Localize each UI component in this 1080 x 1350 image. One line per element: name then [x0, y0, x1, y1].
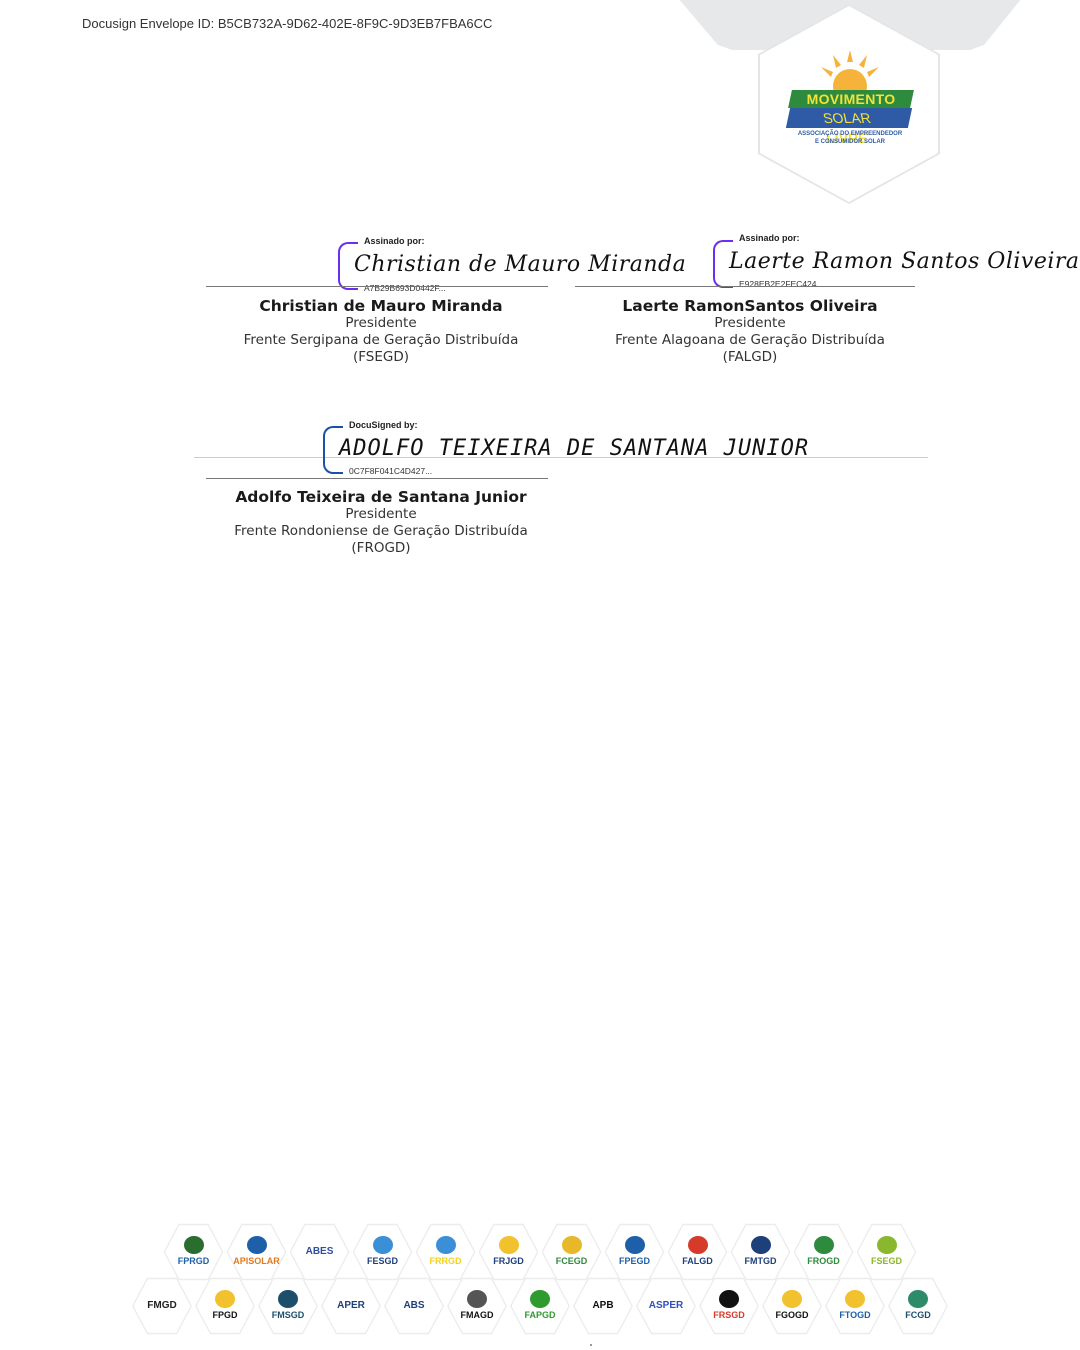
logo-subtitle: ASSOCIAÇÃO DO EMPREENDEDOR E CONSUMIDOR …: [786, 130, 914, 146]
docusign-envelope-id: Docusign Envelope ID: B5CB732A-9D62-402E…: [82, 16, 492, 31]
signatory-role: Presidente: [206, 315, 556, 332]
partner-label: FSEGD: [857, 1256, 917, 1266]
signature-hash: A7B29B693D0442F...: [364, 283, 446, 293]
partner-label: FCEGD: [542, 1256, 602, 1266]
partner-label: FMTGD: [731, 1256, 791, 1266]
partner-emblem-icon: [215, 1290, 235, 1308]
partner-logos-row-2: FMGDFPGDFMSGDAPERABSFMAGDFAPGDAPBASPERFR…: [0, 1276, 1080, 1336]
signatory-name: Christian de Mauro Miranda: [206, 297, 556, 315]
signature-line-2: [575, 286, 915, 287]
partner-emblem-icon: [814, 1236, 834, 1254]
partner-emblem-icon: [499, 1236, 519, 1254]
docusign-stamp-3: DocuSigned by: ADOLFO TEIXEIRA DE SANTAN…: [323, 418, 723, 478]
signatory-block-1: Christian de Mauro Miranda Presidente Fr…: [206, 297, 556, 366]
docusign-stamp-1: Assinado por: Christian de Mauro Miranda…: [338, 234, 618, 294]
partner-logo-fpegd: FPEGD: [605, 1222, 665, 1282]
partner-emblem-icon: [467, 1290, 487, 1308]
partner-label: APISOLAR: [227, 1256, 287, 1266]
signatory-organization: Frente Sergipana de Geração Distribuída: [206, 332, 556, 349]
partner-label: FGOGD: [762, 1310, 822, 1320]
partner-label: FROGD: [794, 1256, 854, 1266]
stamp-label: DocuSigned by:: [349, 420, 418, 430]
signatory-organization: Frente Alagoana de Geração Distribuída: [575, 332, 925, 349]
sun-icon: [819, 50, 881, 90]
partner-emblem-icon: [845, 1290, 865, 1308]
partner-emblem-icon: [436, 1236, 456, 1254]
movimento-solar-livre-logo: MOVIMENTO SOLARLIVRE ASSOCIAÇÃO DO EMPRE…: [786, 50, 914, 150]
partner-logo-fmagd: FMAGD: [447, 1276, 507, 1336]
partner-logo-fmgd: FMGD: [132, 1276, 192, 1336]
partner-label: FPGD: [195, 1310, 255, 1320]
logo-band-movimento: MOVIMENTO: [788, 90, 914, 108]
partner-emblem-icon: [877, 1236, 897, 1254]
partner-label: FMAGD: [447, 1310, 507, 1320]
partner-logo-frsgd: FRSGD: [699, 1276, 759, 1336]
partner-emblem-icon: [278, 1290, 298, 1308]
signature-hash: 0C7F8F041C4D427...: [349, 466, 432, 476]
partner-emblem-icon: [247, 1236, 267, 1254]
signatory-block-3: Adolfo Teixeira de Santana Junior Presid…: [206, 488, 556, 557]
signatory-name: Adolfo Teixeira de Santana Junior: [206, 488, 556, 506]
partner-emblem-icon: [719, 1290, 739, 1308]
partner-logo-ftogd: FTOGD: [825, 1276, 885, 1336]
partner-emblem-icon: [908, 1290, 928, 1308]
partner-label: FALGD: [668, 1256, 728, 1266]
partner-emblem-icon: [782, 1290, 802, 1308]
partner-logo-frrgd: FRRGD: [416, 1222, 476, 1282]
signatory-block-2: Laerte RamonSantos Oliveira Presidente F…: [575, 297, 925, 366]
partner-emblem-icon: [184, 1236, 204, 1254]
partner-logo-apisolar: APISOLAR: [227, 1222, 287, 1282]
partner-label: APER: [321, 1300, 381, 1311]
partner-emblem-icon: [562, 1236, 582, 1254]
signatory-acronym: (FROGD): [206, 540, 556, 557]
partner-logo-apb: APB: [573, 1276, 633, 1336]
partner-label: ABES: [290, 1246, 350, 1257]
partner-logo-fmtgd: FMTGD: [731, 1222, 791, 1282]
logo-text-solar: SOLAR: [784, 108, 910, 128]
logo-subtitle-line1: ASSOCIAÇÃO DO EMPREENDEDOR: [786, 130, 914, 138]
partner-logo-frogd: FROGD: [794, 1222, 854, 1282]
partner-logo-fapgd: FAPGD: [510, 1276, 570, 1336]
signatory-name: Laerte RamonSantos Oliveira: [575, 297, 925, 315]
partner-emblem-icon: [625, 1236, 645, 1254]
partner-emblem-icon: [530, 1290, 550, 1308]
page-mark: [590, 1344, 592, 1346]
partner-logo-fsegd: FSEGD: [857, 1222, 917, 1282]
logo-text-movimento: MOVIMENTO: [790, 90, 912, 108]
signatory-acronym: (FSEGD): [206, 349, 556, 366]
partner-label: ABS: [384, 1300, 444, 1311]
partner-logo-fcgd: FCGD: [888, 1276, 948, 1336]
signature-line-3: [206, 478, 548, 479]
partner-logo-fpgd: FPGD: [195, 1276, 255, 1336]
partner-label: FCGD: [888, 1310, 948, 1320]
handwritten-signature: ADOLFO TEIXEIRA DE SANTANA JUNIOR: [339, 436, 809, 461]
partner-label: APB: [573, 1300, 633, 1311]
partner-label: FPEGD: [605, 1256, 665, 1266]
partner-label: FAPGD: [510, 1310, 570, 1320]
partner-emblem-icon: [751, 1236, 771, 1254]
signature-hash: E928EB2E2FEC424...: [739, 279, 824, 289]
partner-logo-fprgd: FPRGD: [164, 1222, 224, 1282]
partner-logo-fesgd: FESGD: [353, 1222, 413, 1282]
partner-logo-abs: ABS: [384, 1276, 444, 1336]
signatory-role: Presidente: [575, 315, 925, 332]
signatory-organization: Frente Rondoniense de Geração Distribuíd…: [206, 523, 556, 540]
partner-logo-fcegd: FCEGD: [542, 1222, 602, 1282]
partner-label: FRRGD: [416, 1256, 476, 1266]
partner-logo-aper: APER: [321, 1276, 381, 1336]
partner-label: FMSGD: [258, 1310, 318, 1320]
partner-logo-fmsgd: FMSGD: [258, 1276, 318, 1336]
partner-logo-fgogd: FGOGD: [762, 1276, 822, 1336]
handwritten-signature: Laerte Ramon Santos Oliveira: [729, 249, 1080, 274]
signature-line-1: [206, 286, 548, 287]
partner-label: FTOGD: [825, 1310, 885, 1320]
signatory-role: Presidente: [206, 506, 556, 523]
partner-logos-row-1: FPRGDAPISOLARABESFESGDFRRGDFRJGDFCEGDFPE…: [0, 1222, 1080, 1282]
partner-logo-falgd: FALGD: [668, 1222, 728, 1282]
partner-logo-frjgd: FRJGD: [479, 1222, 539, 1282]
partner-emblem-icon: [688, 1236, 708, 1254]
stamp-label: Assinado por:: [364, 236, 425, 246]
handwritten-signature: Christian de Mauro Miranda: [354, 252, 686, 277]
partner-logo-abes: ABES: [290, 1222, 350, 1282]
partner-logo-asper: ASPER: [636, 1276, 696, 1336]
signatory-acronym: (FALGD): [575, 349, 925, 366]
partner-label: FRSGD: [699, 1310, 759, 1320]
partner-emblem-icon: [373, 1236, 393, 1254]
logo-band-solar-livre: SOLARLIVRE: [786, 108, 912, 128]
partner-label: FPRGD: [164, 1256, 224, 1266]
partner-label: ASPER: [636, 1300, 696, 1311]
partner-label: FESGD: [353, 1256, 413, 1266]
partner-label: FMGD: [132, 1300, 192, 1311]
docusign-stamp-2: Assinado por: Laerte Ramon Santos Olivei…: [713, 232, 993, 292]
stamp-label: Assinado por:: [739, 233, 800, 243]
partner-label: FRJGD: [479, 1256, 539, 1266]
logo-subtitle-line2: E CONSUMIDOR SOLAR: [786, 138, 914, 146]
